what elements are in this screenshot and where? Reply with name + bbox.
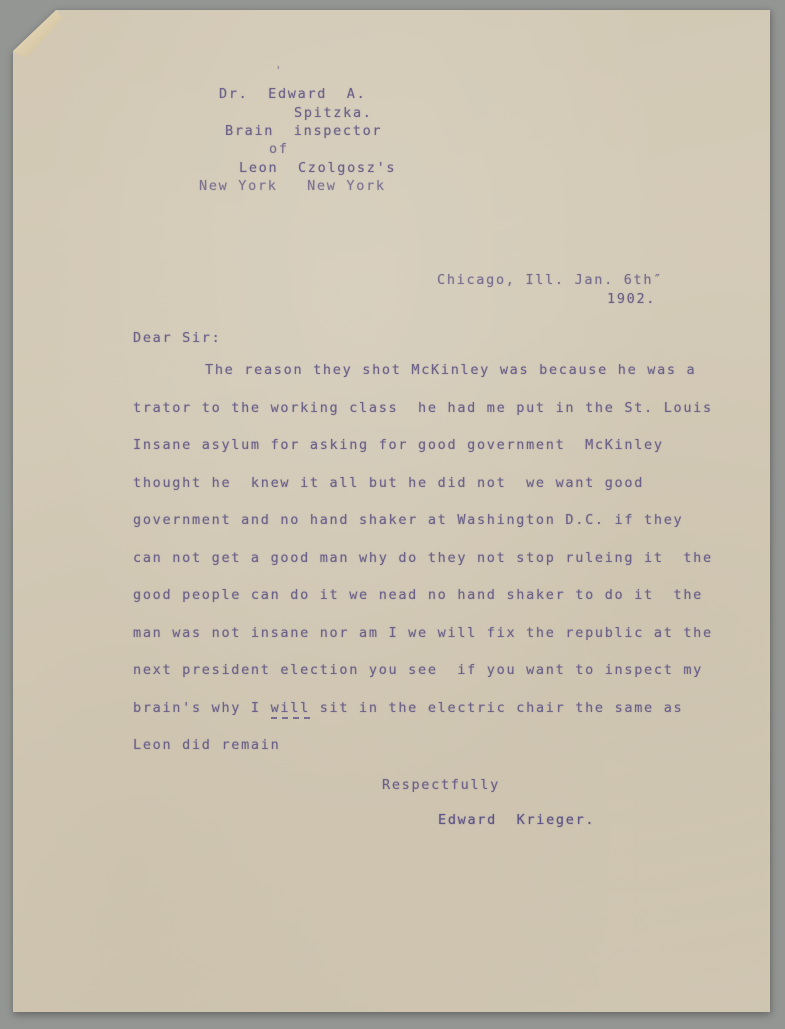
body-text-segment: Insane asylum for asking for good govern… <box>133 437 664 453</box>
body-text-segment: man was not insane nor am I we will fix … <box>133 625 713 641</box>
body-line: can not get a good man why do they not s… <box>133 550 713 588</box>
scanned-letter: ' Dr. Edward A. Spitzka. Brain inspector… <box>0 0 785 1029</box>
body-line: Insane asylum for asking for good govern… <box>133 437 713 475</box>
letter-paper: ' Dr. Edward A. Spitzka. Brain inspector… <box>13 10 770 1012</box>
body-line: Leon did remain <box>133 737 713 775</box>
body-text-segment: government and no hand shaker at Washing… <box>133 512 683 528</box>
letter-body: The reason they shot McKinley was becaus… <box>133 362 713 775</box>
body-line: next president election you see if you w… <box>133 662 713 700</box>
letterhead-line-of: of <box>269 141 289 157</box>
letterhead-line-title: Brain inspector <box>225 123 382 139</box>
body-text-segment: next president election you see if you w… <box>133 662 703 678</box>
body-text-segment: Leon did remain <box>133 737 280 753</box>
letterhead-line-recipient-name: Dr. Edward A. <box>219 86 366 102</box>
folded-corner <box>13 10 73 70</box>
paper-shadow-wrap: ' Dr. Edward A. Spitzka. Brain inspector… <box>0 0 785 1029</box>
underlined-word: will <box>271 700 310 719</box>
body-line: man was not insane nor am I we will fix … <box>133 625 713 663</box>
body-text-segment: can not get a good man why do they not s… <box>133 550 713 566</box>
signature: Edward Krieger. <box>438 812 595 828</box>
body-text-segment: good people can do it we nead no hand sh… <box>133 587 703 603</box>
letterhead-line-surname: Spitzka. <box>294 105 373 121</box>
dateline-year: 1902. <box>607 291 656 307</box>
body-text-segment: thought he knew it all but he did not we… <box>133 475 644 491</box>
body-text-segment: brain's why I <box>133 700 271 716</box>
salutation: Dear Sir: <box>133 330 221 346</box>
stray-ink-mark: ' <box>275 63 283 79</box>
dateline-place-date: Chicago, Ill. Jan. 6th″ <box>437 272 663 288</box>
body-line: government and no hand shaker at Washing… <box>133 512 713 550</box>
body-text-segment: trator to the working class he had me pu… <box>133 400 713 416</box>
body-line: good people can do it we nead no hand sh… <box>133 587 713 625</box>
body-text-segment: sit in the electric chair the same as <box>310 700 683 716</box>
body-line: trator to the working class he had me pu… <box>133 400 713 438</box>
body-line: The reason they shot McKinley was becaus… <box>133 362 713 400</box>
body-text-segment: The reason they shot McKinley was becaus… <box>205 362 696 378</box>
closing: Respectfully <box>382 777 500 793</box>
letterhead-line-city: New York New York <box>199 178 386 194</box>
letterhead-line-czolgosz: Leon Czolgosz's <box>239 160 396 176</box>
body-line: brain's why I will sit in the electric c… <box>133 700 713 738</box>
body-line: thought he knew it all but he did not we… <box>133 475 713 513</box>
